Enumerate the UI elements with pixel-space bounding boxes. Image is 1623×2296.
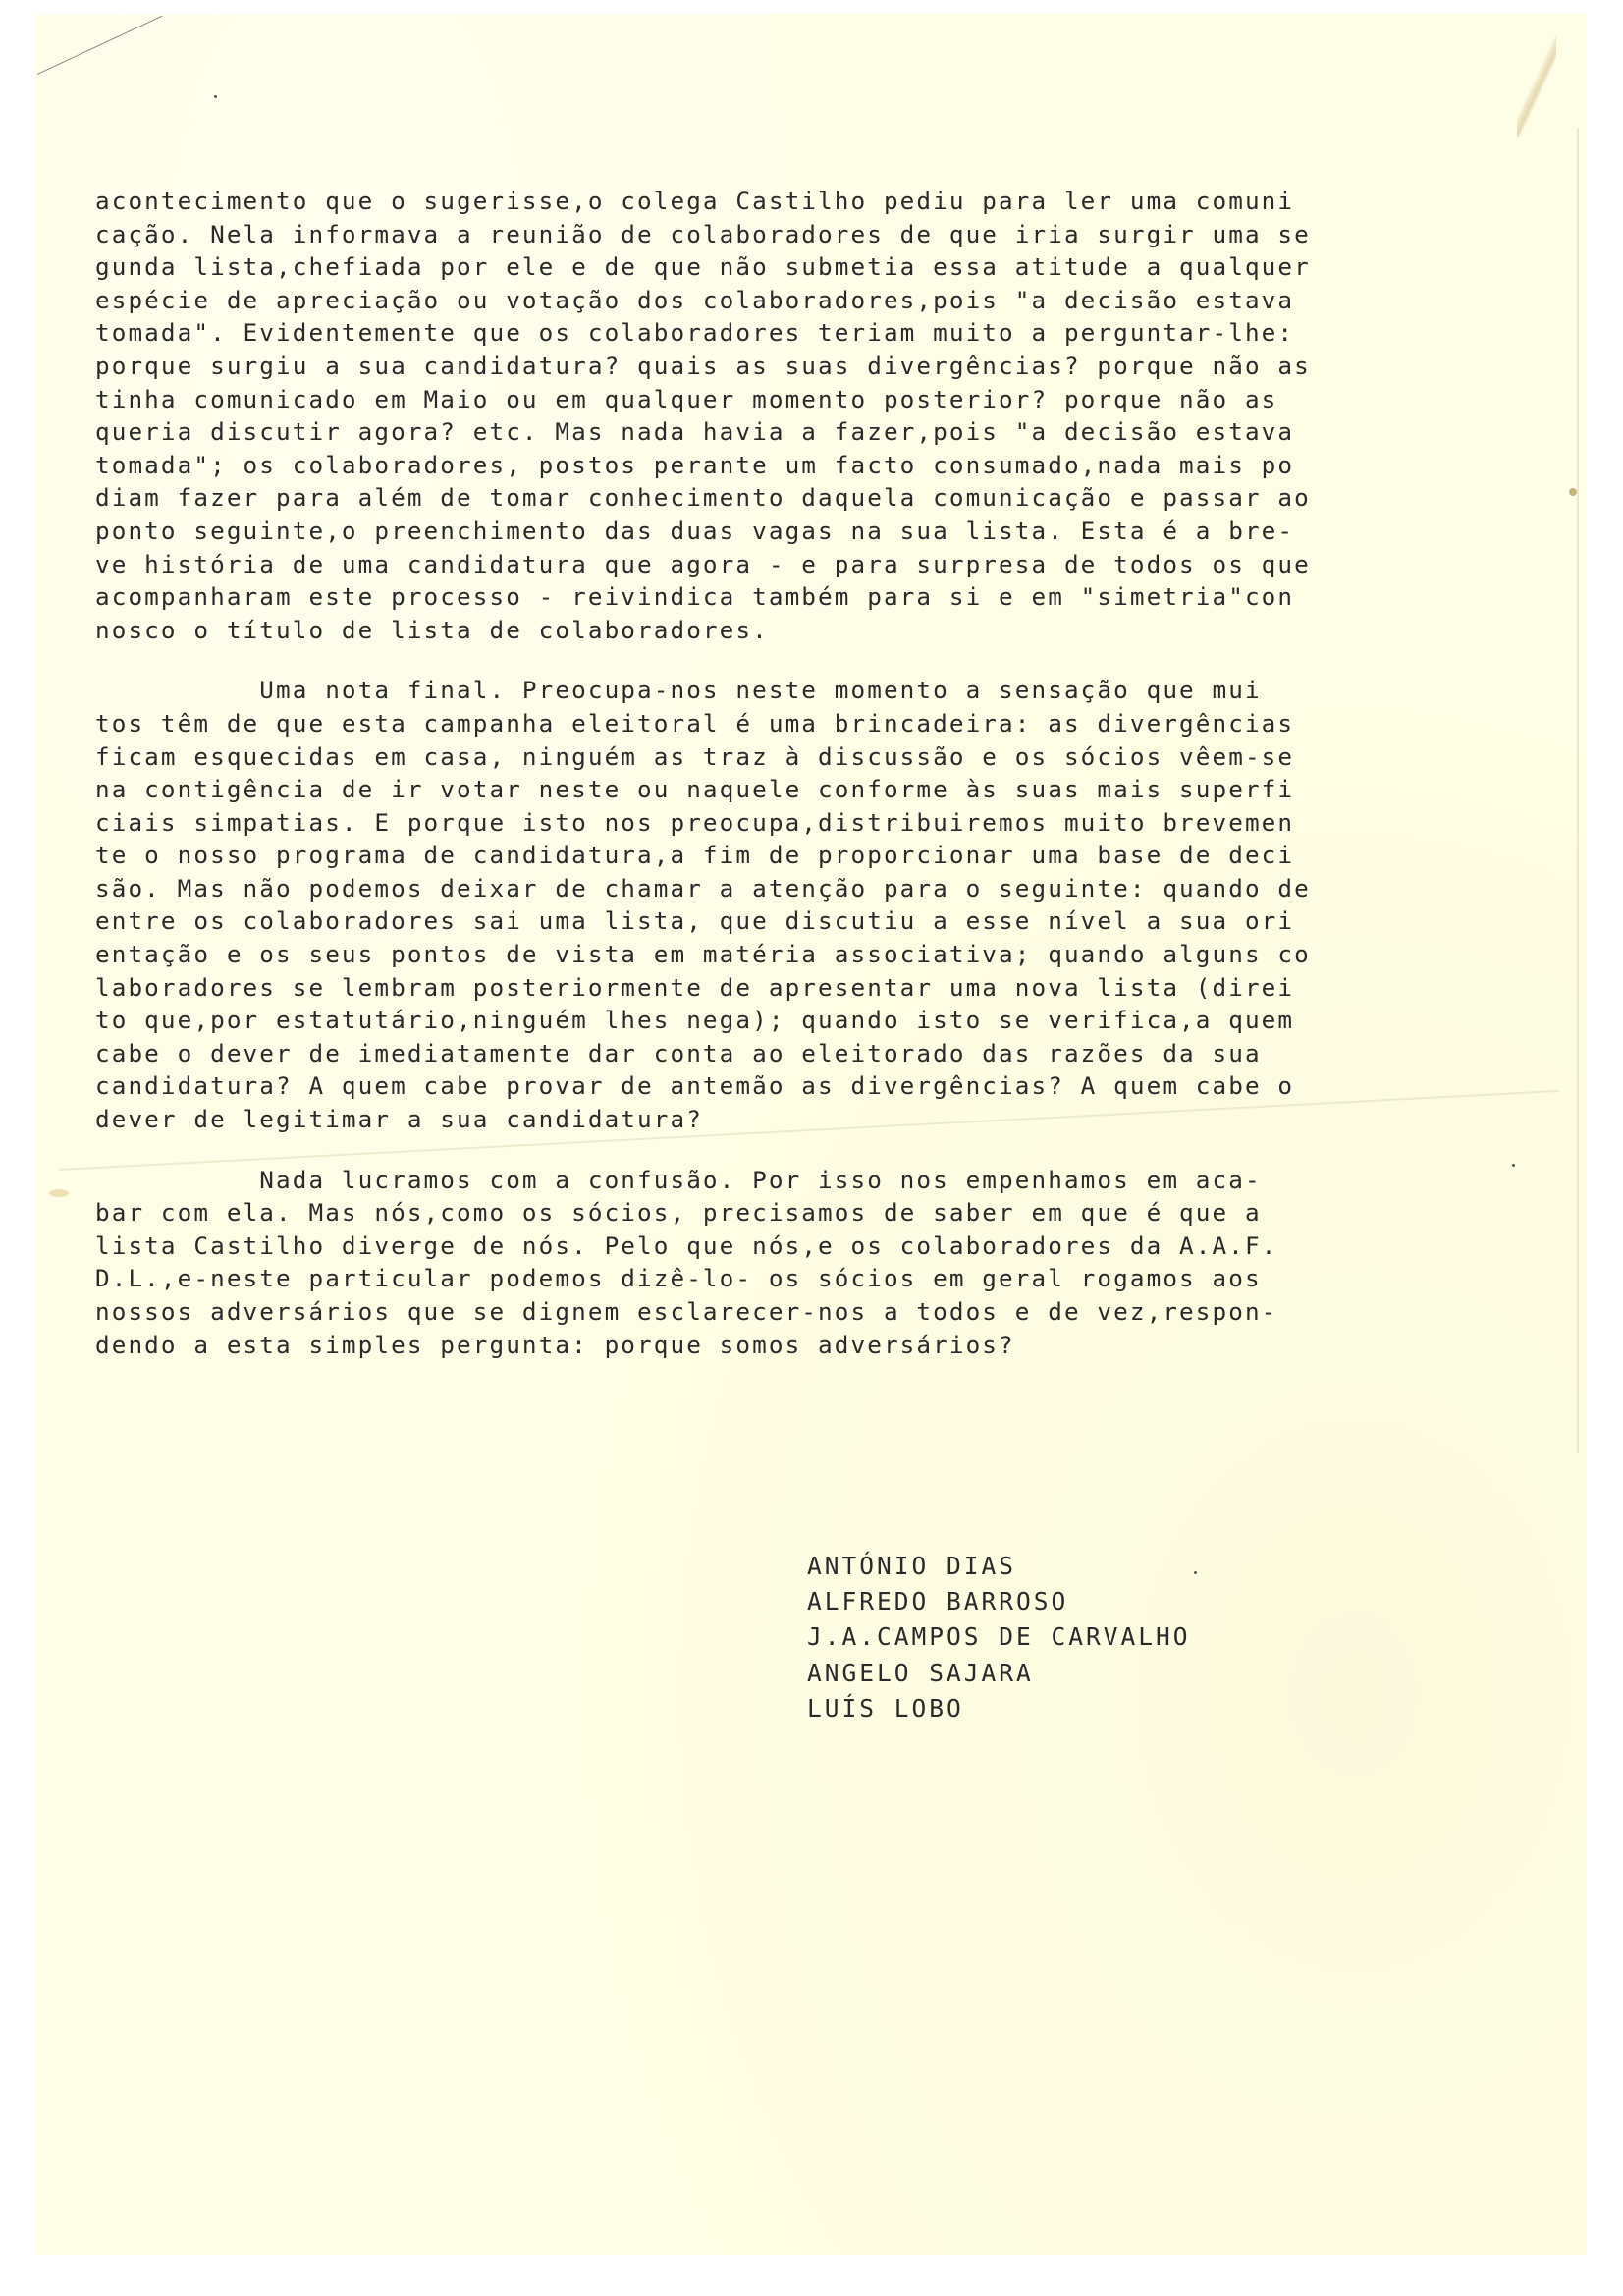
- ink-speck: [1194, 1571, 1197, 1574]
- text-line: ponto seguinte,o preenchimento das duas …: [95, 515, 1578, 548]
- text-line: ve história de uma candidatura que agora…: [95, 548, 1578, 581]
- text-line: nossos adversários que se dignem esclare…: [95, 1295, 1578, 1329]
- text-line: acompanharam este processo - reivindica …: [95, 580, 1578, 614]
- text-line: gunda lista,chefiada por ele e de que nã…: [95, 250, 1578, 284]
- text-line: ciais simpatias. E porque isto nos preoc…: [95, 806, 1578, 840]
- signatory-name: LUÍS LOBO: [807, 1691, 1191, 1726]
- text-line: to que,por estatutário,ninguém lhes nega…: [95, 1004, 1578, 1037]
- signatory-name: ANGELO SAJARA: [807, 1656, 1191, 1691]
- signature-block: ANTÓNIO DIAS ALFREDO BARROSO J.A.CAMPOS …: [807, 1549, 1191, 1726]
- text-line: Uma nota final. Preocupa-nos neste momen…: [95, 674, 1578, 707]
- text-line: tinha comunicado em Maio ou em qualquer …: [95, 383, 1578, 416]
- document-body: acontecimento que o sugerisse,o colega C…: [95, 185, 1578, 1361]
- text-line: cabe o dever de imediatamente dar conta …: [95, 1037, 1578, 1070]
- paragraph-3: Nada lucramos com a confusão. Por isso n…: [95, 1164, 1578, 1362]
- text-line: porque surgiu a sua candidatura? quais a…: [95, 350, 1578, 383]
- text-line: são. Mas não podemos deixar de chamar a …: [95, 872, 1578, 905]
- text-line: te o nosso programa de candidatura,a fim…: [95, 839, 1578, 872]
- ink-speck: [214, 95, 217, 98]
- text-line: D.L.,e-neste particular podemos dizê-lo-…: [95, 1262, 1578, 1295]
- text-line: laboradores se lembram posteriormente de…: [95, 971, 1578, 1005]
- text-line: diam fazer para além de tomar conhecimen…: [95, 481, 1578, 515]
- text-line: bar com ela. Mas nós,como os sócios, pre…: [95, 1196, 1578, 1230]
- signatory-name: ALFREDO BARROSO: [807, 1584, 1191, 1619]
- text-line: queria discutir agora? etc. Mas nada hav…: [95, 415, 1578, 449]
- text-line: ficam esquecidas em casa, ninguém as tra…: [95, 740, 1578, 774]
- paper-stain: [49, 1189, 69, 1197]
- text-line: acontecimento que o sugerisse,o colega C…: [95, 185, 1578, 218]
- text-line: cação. Nela informava a reunião de colab…: [95, 218, 1578, 251]
- paragraph-2: Uma nota final. Preocupa-nos neste momen…: [95, 674, 1578, 1135]
- text-line: entre os colaboradores sai uma lista, qu…: [95, 904, 1578, 938]
- text-line: lista Castilho diverge de nós. Pelo que …: [95, 1230, 1578, 1263]
- text-line: candidatura? A quem cabe provar de antem…: [95, 1069, 1578, 1103]
- signatory-name: J.A.CAMPOS DE CARVALHO: [807, 1619, 1191, 1655]
- text-line: espécie de apreciação ou votação dos col…: [95, 284, 1578, 317]
- text-line: Nada lucramos com a confusão. Por isso n…: [95, 1164, 1578, 1197]
- text-line: tomada". Evidentemente que os colaborado…: [95, 316, 1578, 350]
- text-line: tomada"; os colaboradores, postos perant…: [95, 449, 1578, 482]
- text-line: nosco o título de lista de colaboradores…: [95, 614, 1578, 647]
- text-line: dendo a esta simples pergunta: porque so…: [95, 1329, 1578, 1362]
- paragraph-1: acontecimento que o sugerisse,o colega C…: [95, 185, 1578, 646]
- text-line: dever de legitimar a sua candidatura?: [95, 1103, 1578, 1136]
- text-line: na contigência de ir votar neste ou naqu…: [95, 773, 1578, 806]
- corner-fold: [1517, 29, 1556, 137]
- text-line: entação e os seus pontos de vista em mat…: [95, 938, 1578, 971]
- text-line: tos têm de que esta campanha eleitoral é…: [95, 707, 1578, 740]
- signatory-name: ANTÓNIO DIAS: [807, 1549, 1191, 1584]
